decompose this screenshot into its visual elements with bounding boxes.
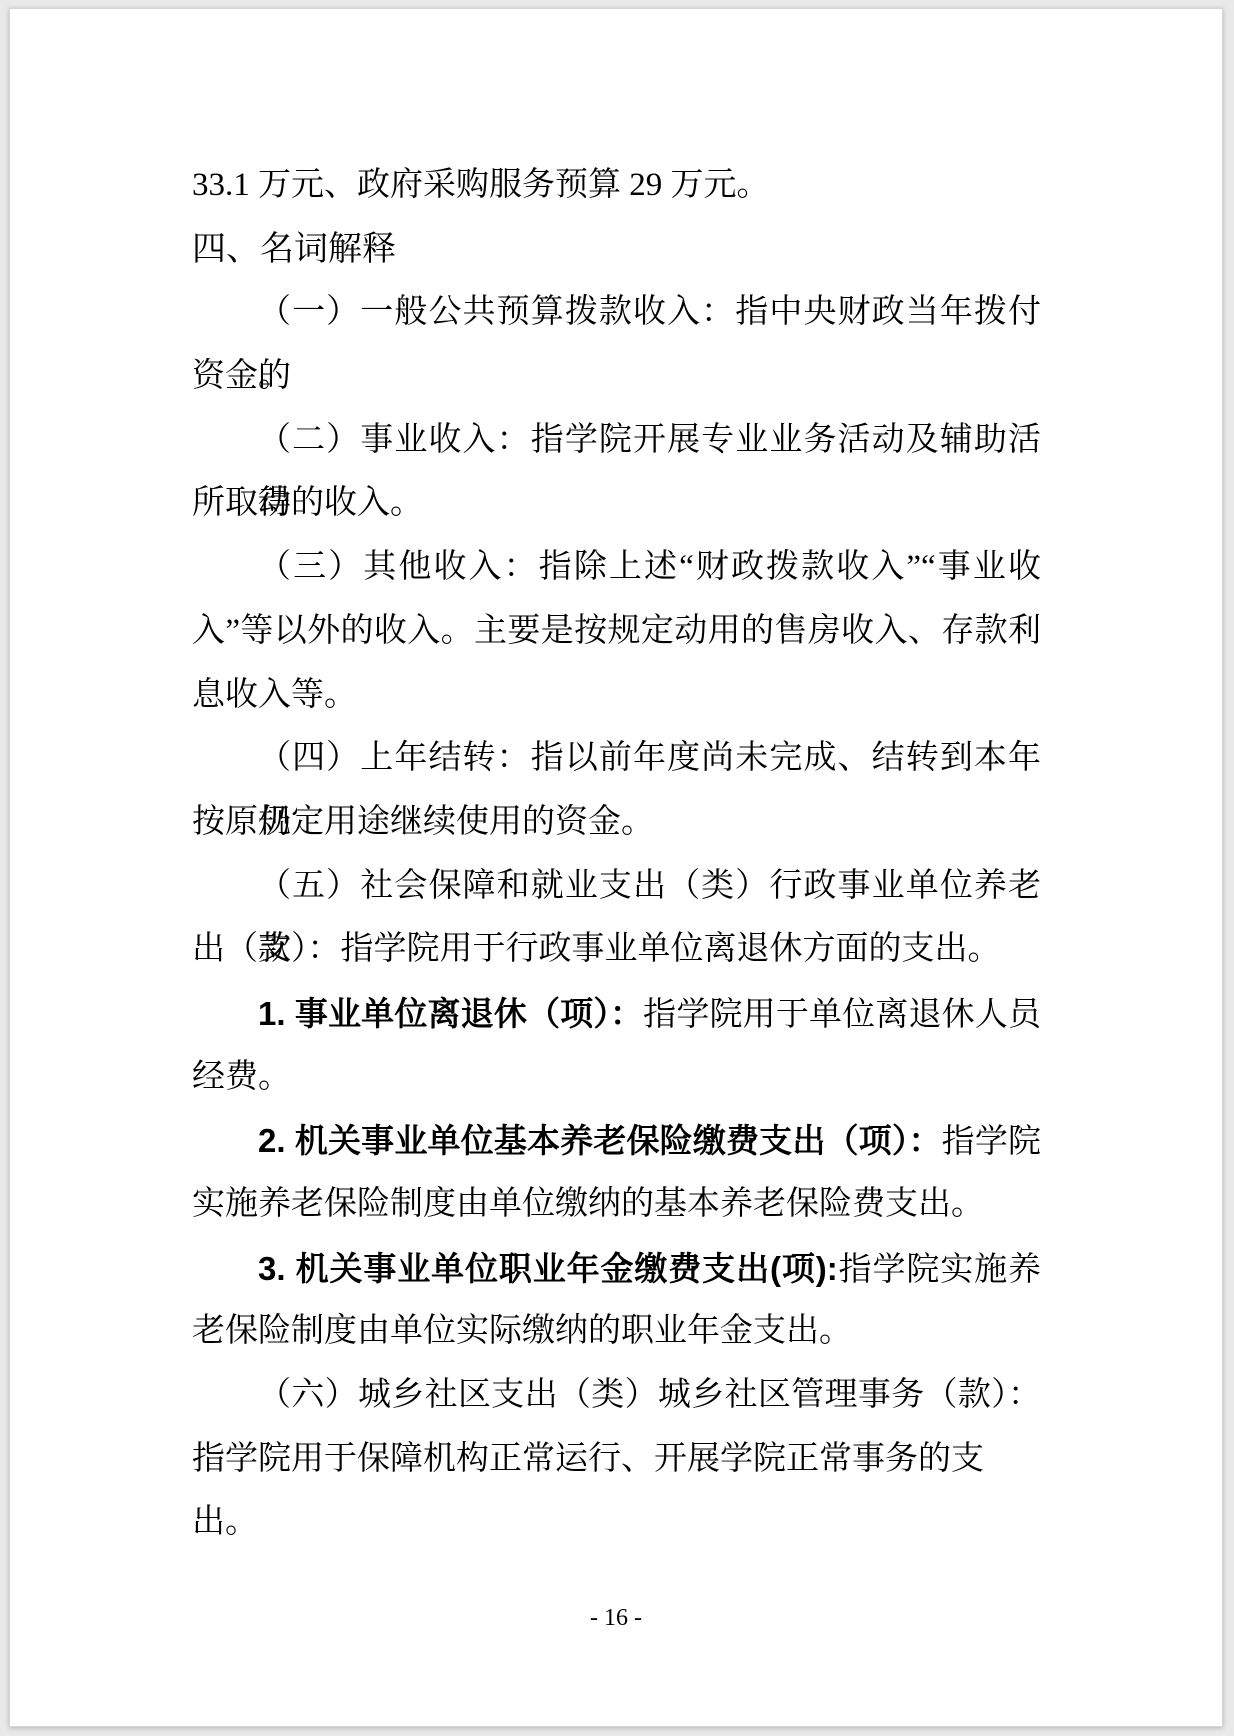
text-line: 2. 机关事业单位基本养老保险缴费支出（项）：指学院 (192, 1109, 1041, 1173)
text-line: （五）社会保障和就业支出（类）行政事业单位养老支 (192, 855, 1041, 919)
term-label: 1. 事业单位离退休（项）： (258, 995, 643, 1032)
text-line: 出（款）：指学院用于行政事业单位离退休方面的支出。 (192, 918, 1041, 982)
text-line: （六）城乡社区支出（类）城乡社区管理事务（款）： (192, 1364, 1041, 1428)
text-run: 指学院用于单位离退休人员 (643, 997, 1041, 1033)
viewer-background: 33.1 万元、政府采购服务预算 29 万元。四、名词解释（一）一般公共预算拨款… (0, 0, 1234, 1736)
text-line: 按原规定用途继续使用的资金。 (192, 791, 1041, 855)
text-line: 息收入等。 (192, 664, 1041, 728)
text-line: 实施养老保险制度由单位缴纳的基本养老保险费支出。 (192, 1173, 1041, 1237)
text-line: 1. 事业单位离退休（项）：指学院用于单位离退休人员 (192, 982, 1041, 1046)
text-line: （三）其他收入：指除上述“财政拨款收入”“事业收 (192, 536, 1041, 600)
text-run: 息收入等。 (192, 677, 357, 713)
text-run: （六）城乡社区支出（类）城乡社区管理事务（款）： (258, 1377, 1041, 1413)
text-line: 入”等以外的收入。主要是按规定动用的售房收入、存款利 (192, 600, 1041, 664)
document-text: 33.1 万元、政府采购服务预算 29 万元。四、名词解释（一）一般公共预算拨款… (192, 154, 1041, 1491)
page-number: - 16 - (10, 1605, 1222, 1632)
text-run: 经费。 (192, 1059, 291, 1095)
text-run: 按原规定用途继续使用的资金。 (192, 804, 654, 840)
text-run: 资金。 (192, 358, 291, 394)
text-line: 指学院用于保障机构正常运行、开展学院正常事务的支出。 (192, 1428, 1041, 1492)
text-run: 实施养老保险制度由单位缴纳的基本养老保险费支出。 (192, 1186, 984, 1222)
text-run: 四、名词解释 (192, 230, 396, 268)
text-run: 所取得的收入。 (192, 485, 423, 521)
text-line: 资金。 (192, 345, 1041, 409)
text-line: 老保险制度由单位实际缴纳的职业年金支出。 (192, 1300, 1041, 1364)
text-run: 入”等以外的收入。主要是按规定动用的售房收入、存款利 (192, 613, 1041, 649)
section-heading: 四、名词解释 (192, 218, 1041, 282)
text-run: （三）其他收入：指除上述“财政拨款收入”“事业收 (258, 549, 1041, 585)
text-run: 老保险制度由单位实际缴纳的职业年金支出。 (192, 1313, 852, 1349)
text-run: 33.1 万元、政府采购服务预算 29 万元。 (192, 167, 770, 203)
text-line: （二）事业收入：指学院开展专业业务活动及辅助活动 (192, 409, 1041, 473)
term-label: 3. 机关事业单位职业年金缴费支出(项): (258, 1250, 838, 1287)
text-run: 指学院 (942, 1124, 1041, 1160)
text-run: 出（款）：指学院用于行政事业单位离退休方面的支出。 (192, 931, 1001, 967)
text-line: （四）上年结转：指以前年度尚未完成、结转到本年仍 (192, 727, 1041, 791)
text-line: 所取得的收入。 (192, 472, 1041, 536)
text-run: 指学院实施养 (838, 1252, 1041, 1288)
term-label: 2. 机关事业单位基本养老保险缴费支出（项）： (258, 1122, 942, 1159)
text-line: （一）一般公共预算拨款收入：指中央财政当年拨付的 (192, 281, 1041, 345)
document-page: 33.1 万元、政府采购服务预算 29 万元。四、名词解释（一）一般公共预算拨款… (9, 8, 1223, 1727)
text-line: 经费。 (192, 1046, 1041, 1110)
text-run: 指学院用于保障机构正常运行、开展学院正常事务的支出。 (192, 1441, 984, 1541)
text-line: 3. 机关事业单位职业年金缴费支出(项):指学院实施养 (192, 1237, 1041, 1301)
text-line: 33.1 万元、政府采购服务预算 29 万元。 (192, 154, 1041, 218)
